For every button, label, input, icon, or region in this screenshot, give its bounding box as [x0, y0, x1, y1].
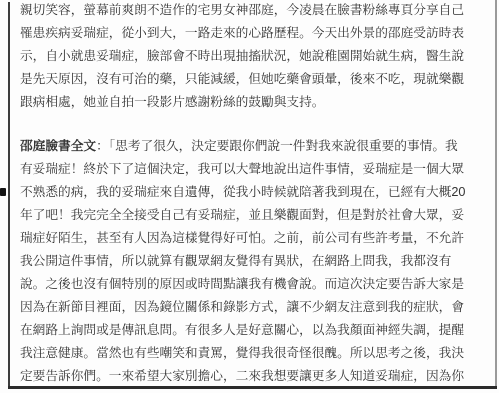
intro-paragraph: 親切笑容，螢幕前爽朗不造作的宅男女神邵庭，今凌晨在臉書粉絲專頁分享自己罹患疾病妥…	[20, 0, 464, 114]
page-border-right	[495, 0, 497, 389]
text-line: 是先天原因，沒有可治的藥，只能減緩，但她吃藥會頭暈，後來不吃，現就樂觀	[20, 68, 464, 91]
text-line: 罹患疾病妥瑞症，從小到大，一路走來的心路歷程。今天出外景的邵庭受訪時表	[20, 22, 464, 45]
text-line: 親切笑容，螢幕前爽朗不造作的宅男女神邵庭，今凌晨在臉書粉絲專頁分享自己	[20, 0, 464, 22]
text-line: 有妥瑞症！終於下了這個決定，我可以大聲地說出這件事情，妥瑞症是一個大眾	[20, 158, 466, 181]
list-bullet-marker	[0, 188, 6, 196]
text-line: 我公開這件事情，所以就算有觀眾網友覺得有異狀，在網路上問我，我都沒有	[20, 250, 466, 273]
facebook-post-first-line-rest: ：「思考了很久，決定要跟你們說一件對我來說很重要的事情。我	[96, 139, 458, 153]
facebook-post-paragraph: 邵庭臉書全文：「思考了很久，決定要跟你們說一件對我來說很重要的事情。我 有妥瑞症…	[20, 135, 466, 388]
text-line: 說。之後也沒有個特別的原因或時間點讓我有機會說。而這次決定要告訴大家是	[20, 273, 466, 296]
facebook-post-lead: 邵庭臉書全文	[20, 139, 96, 153]
page-border-left	[8, 2, 10, 389]
text-line: 示，自小就患妥瑞症，臉部會不時出現抽搐狀況，她說稚園開始就生病，醫生說	[20, 45, 464, 68]
text-line: 邵庭臉書全文：「思考了很久，決定要跟你們說一件對我來說很重要的事情。我	[20, 135, 466, 158]
text-line: 因為在新節目裡面，因為鏡位關係和錄影方式，讓不少網友注意到我的症狀，會	[20, 296, 466, 319]
facebook-post-continuation: 有妥瑞症！終於下了這個決定，我可以大聲地說出這件事情，妥瑞症是一個大眾不熟悉的病…	[20, 158, 466, 388]
text-line: 瑞症好陌生，甚至有人因為這樣覺得好可怕。之前，前公司有些許考量，不允許	[20, 227, 466, 250]
text-line: 不熟悉的病，我的妥瑞症來自遺傳，從我小時候就陪著我到現在，已經有大概20	[20, 181, 466, 204]
article-page: 親切笑容，螢幕前爽朗不造作的宅男女神邵庭，今凌晨在臉書粉絲專頁分享自己罹患疾病妥…	[0, 0, 499, 393]
text-line: 年了吧！我完完全全接受自己有妥瑞症，並且樂觀面對，但是對於社會大眾，妥	[20, 204, 466, 227]
text-line: 我注意健康。當然也有些嘲笑和責罵，覺得我很奇怪很醜。所以思考之後，我決	[20, 342, 466, 365]
text-line: 定要告訴你們。一來希望大家別擔心，二來我想要讓更多人知道妥瑞症，因為你	[20, 365, 466, 388]
text-line: 在網路上詢問或是傳訊息問。有很多人是好意關心，以為我顏面神經失調，提醒	[20, 319, 466, 342]
text-line: 跟病相處，她並自拍一段影片感謝粉絲的鼓勵與支持。	[20, 91, 464, 114]
